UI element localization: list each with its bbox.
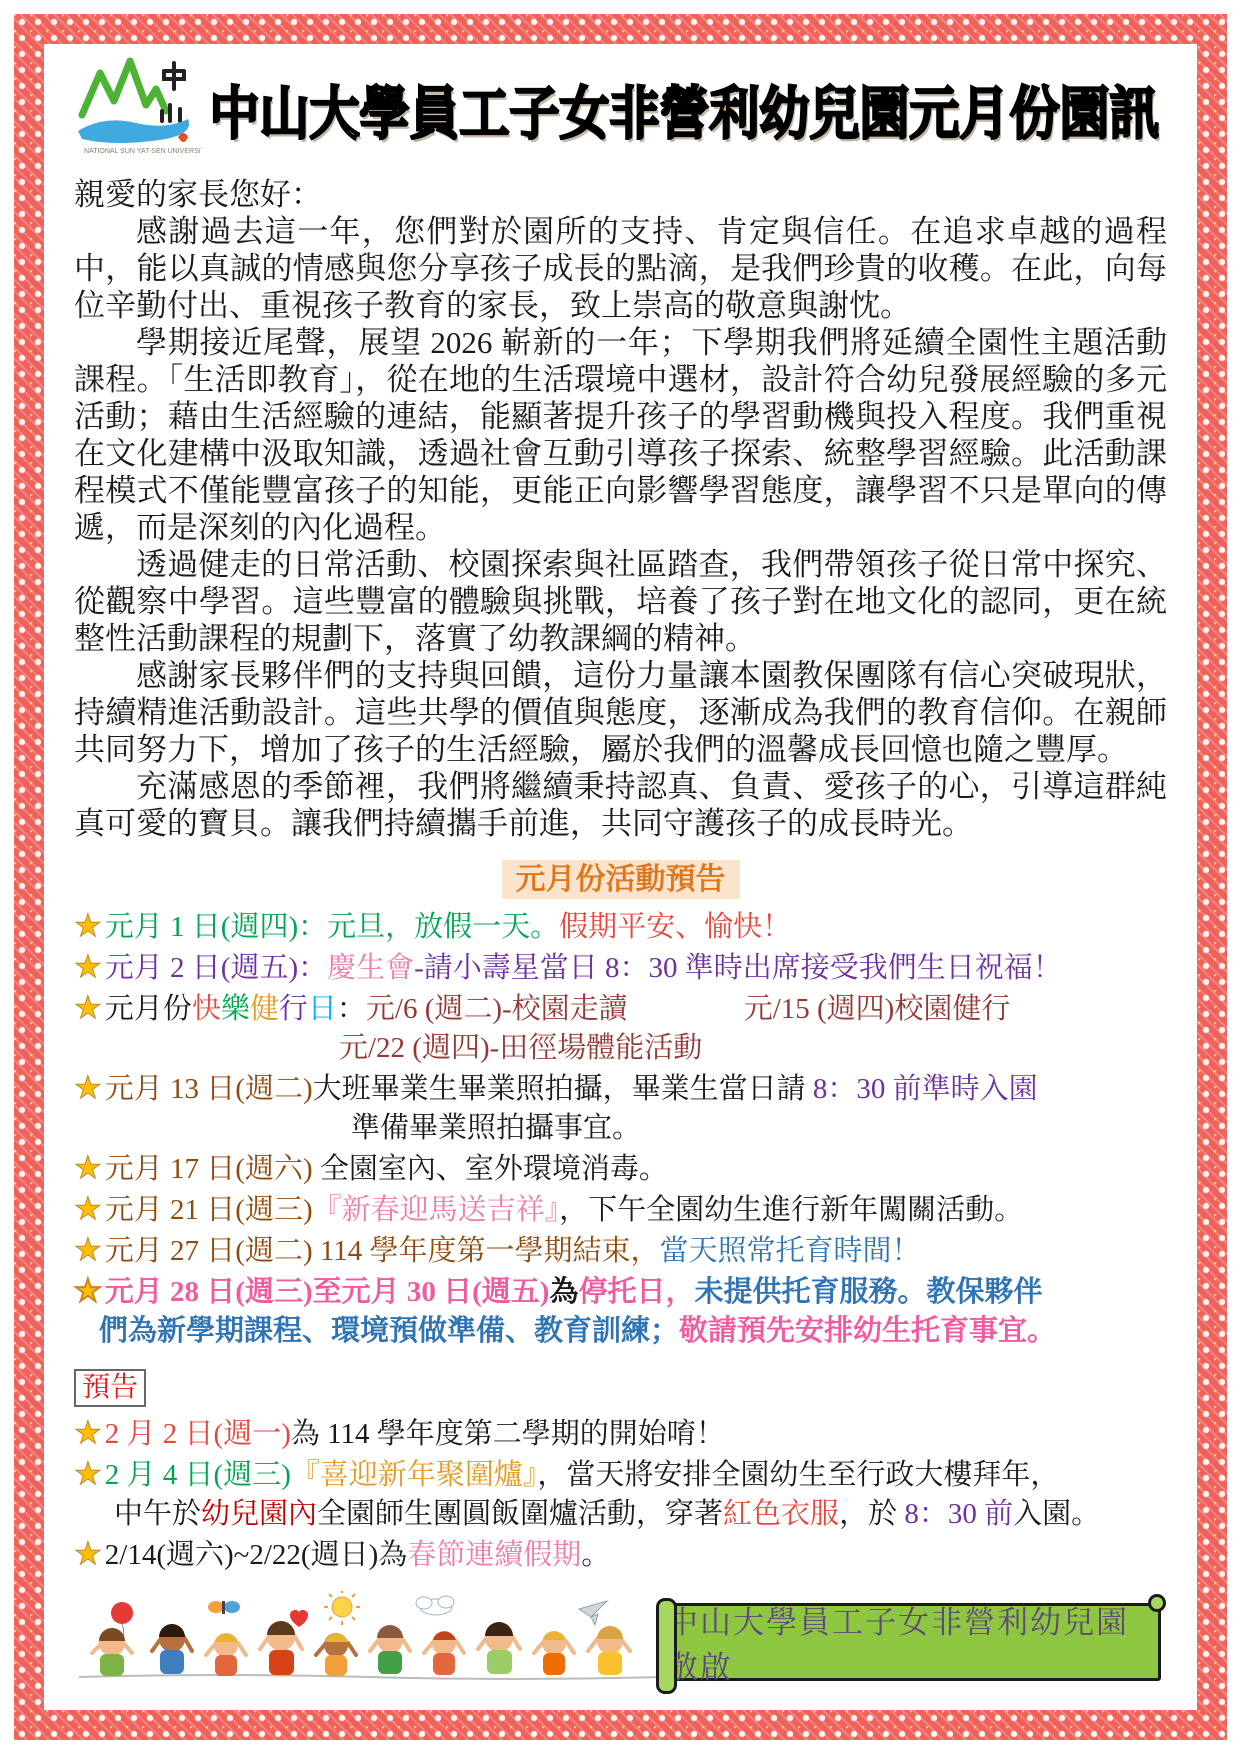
activity-line: ★元月份快樂健行日：元/6 (週二)-校園走讀 元/15 (週四)校園健行 xyxy=(74,988,1167,1029)
text-segment: 日 xyxy=(308,993,337,1025)
text-segment: 入園。 xyxy=(1013,1498,1100,1530)
activity-line: ★元月 17 日(週六) 全園室內、室外環境消毒。 xyxy=(74,1148,1167,1189)
activity-line: ★元月 1 日(週四)：元旦，放假一天。假期平安、愉快！ xyxy=(74,906,1167,947)
text-segment: 元/22 (週四)-田徑場體能活動 xyxy=(339,1032,702,1064)
newsletter-page: NATIONAL SUN YAT-SEN UNIVERSITY 中山大學員工子女… xyxy=(0,0,1241,1754)
paper-plane-icon xyxy=(579,1601,607,1625)
text-segment: 2 月 4 日(週三) xyxy=(105,1459,291,1491)
text-segment: 中午於 xyxy=(114,1498,201,1530)
activity-line: ★元月 2 日(週五)：慶生會-請小壽星當日 8：30 準時出席接受我們生日祝福… xyxy=(74,947,1167,988)
text-segment xyxy=(628,993,744,1025)
newsletter-title: 中山大學員工子女非營利幼兒園元月份園訊 xyxy=(202,68,1167,150)
activity-line: 元/22 (週四)-田徑場體能活動 xyxy=(74,1029,1167,1068)
star-icon: ★ xyxy=(74,1536,102,1571)
text-segment: -請小壽星當日 8：30 準時出席接受我們生日祝福！ xyxy=(414,952,1062,984)
header: NATIONAL SUN YAT-SEN UNIVERSITY 中山大學員工子女… xyxy=(74,50,1167,168)
preview-line: ★2 月 2 日(週一)為 114 學年度第二學期的開始唷！ xyxy=(74,1413,1167,1454)
text-segment: 『新春迎馬送吉祥』 xyxy=(313,1194,560,1226)
letter-paragraph: 透過健走的日常活動、校園探索與社區踏查，我們帶領孩子從日常中探究、從觀察中學習。… xyxy=(74,546,1167,657)
text-segment: 樂 xyxy=(221,993,250,1025)
star-icon: ★ xyxy=(74,908,102,943)
text-segment: 快 xyxy=(192,993,221,1025)
star-icon: ★ xyxy=(74,1070,102,1105)
text-segment: 元月份 xyxy=(105,993,192,1025)
text-segment: 元/15 (週四)校園健行 xyxy=(744,993,1011,1025)
text-segment: 元月 17 日(週六) xyxy=(105,1153,320,1185)
text-segment: ，下午全園幼生進行新年闖關活動。 xyxy=(559,1194,1023,1226)
star-icon: ★ xyxy=(74,1150,102,1185)
text-segment: 假期平安、愉快！ xyxy=(559,911,791,943)
activity-line: ★元月 28 日(週三)至元月 30 日(週五)為停托日，未提供托育服務。教保夥… xyxy=(74,1271,1167,1312)
text-segment: 當天照常托育時間！ xyxy=(660,1235,921,1267)
text-segment: ，當天將安排全園幼生至行政大樓拜年， xyxy=(537,1459,1059,1491)
preview-list: ★2 月 2 日(週一)為 114 學年度第二學期的開始唷！★2 月 4 日(週… xyxy=(74,1413,1167,1575)
star-icon: ★ xyxy=(74,949,102,984)
text-segment: 2/14(週六)~2/22(週日)為 xyxy=(105,1539,407,1571)
text-segment: 準備畢業照拍攝事宜。 xyxy=(351,1112,641,1144)
text-segment: 健 xyxy=(250,993,279,1025)
page-content: NATIONAL SUN YAT-SEN UNIVERSITY 中山大學員工子女… xyxy=(44,44,1197,1710)
preview-line: 中午於幼兒園內全園師生團圓飯圍爐活動，穿著紅色衣服，於 8：30 前入園。 xyxy=(74,1495,1167,1534)
decorative-border-frame: NATIONAL SUN YAT-SEN UNIVERSITY 中山大學員工子女… xyxy=(14,14,1227,1740)
text-segment: 紅色衣服 xyxy=(723,1498,839,1530)
text-segment: 元/6 (週二)-校園走讀 xyxy=(366,993,628,1025)
preview-line: ★2/14(週六)~2/22(週日)為春節連續假期。 xyxy=(74,1534,1167,1575)
star-icon: ★ xyxy=(74,1191,102,1226)
text-segment: 元月 28 日(週三)至元月 30 日(週五) xyxy=(105,1276,550,1308)
text-segment: 全園師生團圓飯圍爐活動，穿著 xyxy=(317,1498,723,1530)
text-segment: 們為新學期課程、環境預做準備、教育訓練； xyxy=(99,1315,679,1347)
salutation: 親愛的家長您好： xyxy=(74,176,1167,213)
logo-mountain xyxy=(82,61,166,115)
text-segment: 8：30 前準時入園 xyxy=(813,1073,1038,1105)
text-segment: 春節連續假期 xyxy=(407,1539,581,1571)
sun-icon xyxy=(324,1591,360,1625)
footer: 中山大學員工子女非營利幼兒園 敬啟 xyxy=(74,1591,1167,1693)
text-segment: 幼兒園內 xyxy=(201,1498,317,1530)
star-icon: ★ xyxy=(74,1273,102,1308)
text-segment: 『喜迎新年聚圍爐』 xyxy=(291,1459,538,1491)
children-illustration xyxy=(74,1591,664,1693)
parent-letter: 親愛的家長您好： 感謝過去這一年，您們對於園所的支持、肯定與信任。在追求卓越的過… xyxy=(74,176,1167,842)
logo-caption: NATIONAL SUN YAT-SEN UNIVERSITY xyxy=(84,148,202,155)
text-segment: 。 xyxy=(581,1539,610,1571)
activity-line: ★元月 13 日(週二)大班畢業生畢業照拍攝，畢業生當日請 8：30 前準時入園 xyxy=(74,1068,1167,1109)
preview-line: ★2 月 4 日(週三)『喜迎新年聚圍爐』，當天將安排全園幼生至行政大樓拜年， xyxy=(74,1454,1167,1495)
text-segment: 元月 13 日(週二) xyxy=(105,1073,313,1105)
activity-line: ★元月 21 日(週三)『新春迎馬送吉祥』，下午全園幼生進行新年闖關活動。 xyxy=(74,1189,1167,1230)
letter-paragraph: 感謝過去這一年，您們對於園所的支持、肯定與信任。在追求卓越的過程中，能以真誠的情… xyxy=(74,213,1167,324)
logo-wave xyxy=(78,119,189,143)
star-icon: ★ xyxy=(74,1415,102,1450)
activities-list: ★元月 1 日(週四)：元旦，放假一天。假期平安、愉快！★元月 2 日(週五)：… xyxy=(74,906,1167,1351)
activities-heading-label: 元月份活動預告 xyxy=(502,860,740,899)
heart-icon xyxy=(290,1610,308,1627)
signature-banner: 中山大學員工子女非營利幼兒園 敬啟 xyxy=(664,1603,1161,1681)
text-segment: 元月 27 日(週二) 114 學年度第一學期結束， xyxy=(105,1235,660,1267)
activity-line: 們為新學期課程、環境預做準備、教育訓練；敬請預先安排幼生托育事宜。 xyxy=(74,1312,1167,1351)
letter-paragraph: 感謝家長夥伴們的支持與回饋，這份力量讓本園教保團隊有信心突破現狀，持續精進活動設… xyxy=(74,657,1167,768)
letter-paragraph: 學期接近尾聲，展望 2026 嶄新的一年；下學期我們將延續全園性主題活動課程。「… xyxy=(74,324,1167,546)
page-inner: NATIONAL SUN YAT-SEN UNIVERSITY 中山大學員工子女… xyxy=(44,44,1197,1710)
text-segment: ： xyxy=(337,993,366,1025)
star-icon: ★ xyxy=(74,990,102,1025)
text-segment: 全園室內、室外環境消毒。 xyxy=(320,1153,668,1185)
activities-heading: 元月份活動預告 xyxy=(74,854,1167,898)
butterfly-icon xyxy=(208,1601,240,1614)
star-icon: ★ xyxy=(74,1232,102,1267)
text-segment: 敬請預先安排幼生托育事宜。 xyxy=(679,1315,1056,1347)
activity-line: 準備畢業照拍攝事宜。 xyxy=(74,1109,1167,1148)
text-segment: 元月 2 日(週五)： xyxy=(105,952,327,984)
text-segment: 行 xyxy=(279,993,308,1025)
text-segment: 8：30 前 xyxy=(904,1498,1013,1530)
cloud-icon xyxy=(416,1596,454,1615)
nsysu-logo: NATIONAL SUN YAT-SEN UNIVERSITY xyxy=(74,53,202,165)
text-segment: 2 月 2 日(週一) xyxy=(105,1418,291,1450)
text-segment: 為 xyxy=(549,1276,578,1308)
activity-line: ★元月 27 日(週二) 114 學年度第一學期結束，當天照常托育時間！ xyxy=(74,1230,1167,1271)
text-segment: 未提供托育服務。教保夥伴 xyxy=(694,1276,1042,1308)
balloon-icon xyxy=(111,1602,133,1624)
text-segment: 為 114 學年度第二學期的開始唷！ xyxy=(291,1418,725,1450)
text-segment: 慶生會 xyxy=(327,952,414,984)
letter-paragraph: 充滿感恩的季節裡，我們將繼續秉持認真、負責、愛孩子的心，引導這群純真可愛的寶貝。… xyxy=(74,768,1167,842)
text-segment: 元月 1 日(週四)：元旦，放假一天。 xyxy=(105,911,559,943)
star-icon: ★ xyxy=(74,1456,102,1491)
text-segment: 停托日， xyxy=(578,1276,694,1308)
signature-text: 中山大學員工子女非營利幼兒園 敬啟 xyxy=(667,1597,1158,1687)
text-segment: 大班畢業生畢業照拍攝，畢業生當日請 xyxy=(313,1073,813,1105)
text-segment: ，於 xyxy=(839,1498,904,1530)
text-segment: 元月 21 日(週三) xyxy=(105,1194,313,1226)
preview-label: 預告 xyxy=(74,1369,146,1407)
